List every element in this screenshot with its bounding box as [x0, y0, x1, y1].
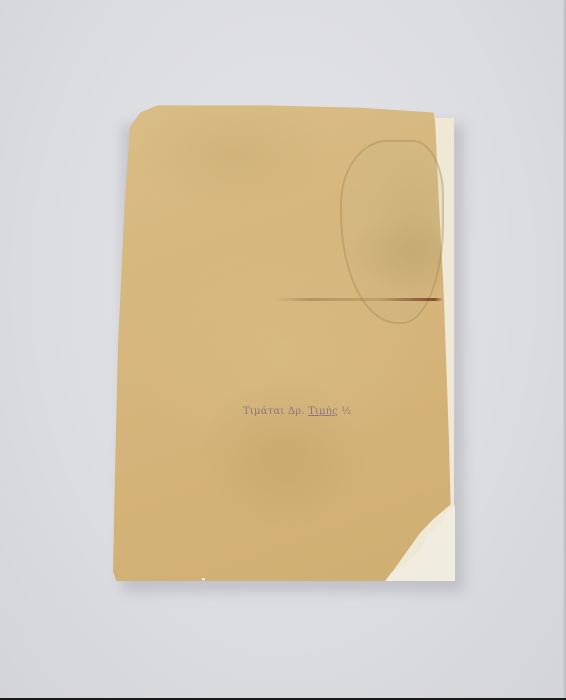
price-stamp: Τιμάται Δρ. Τιμής ½ [243, 406, 351, 417]
stamp-text-1: Τιμάται Δρ. [243, 406, 305, 417]
fold-crease [275, 298, 443, 301]
stamp-fraction: ½ [341, 406, 351, 417]
booklet-back-cover [113, 103, 454, 581]
stamp-text-2: Τιμής [308, 406, 338, 417]
